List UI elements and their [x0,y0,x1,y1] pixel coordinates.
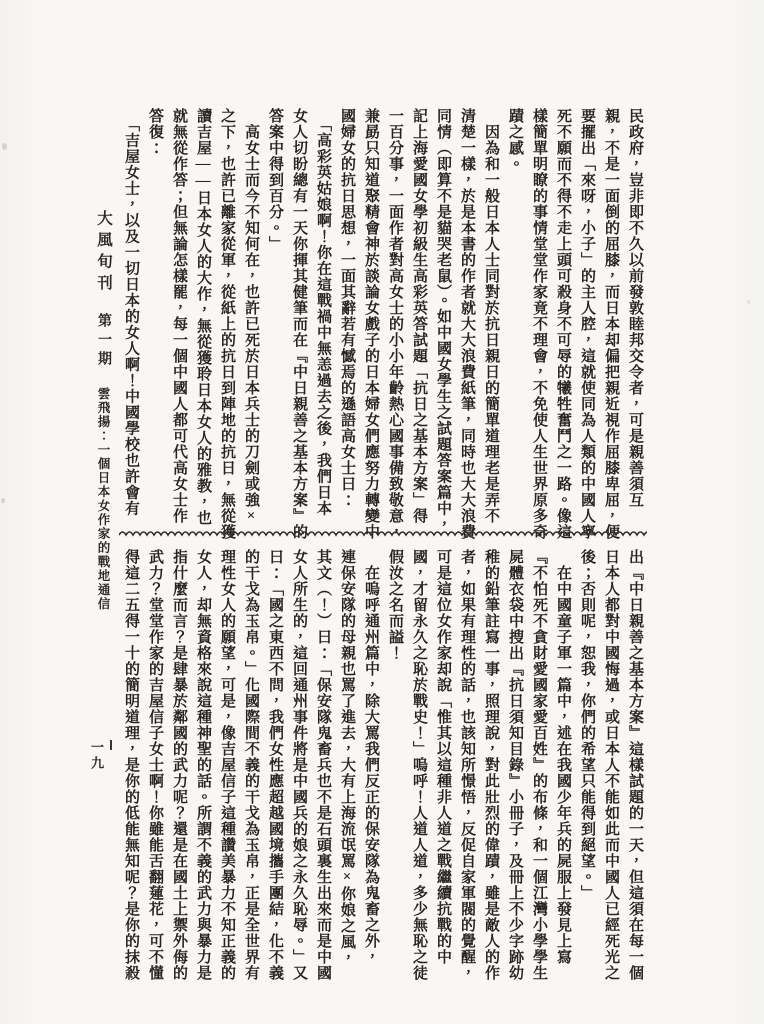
text-column: 女人切盼總有一天你揮其健筆而在『中日親善之基本方案』的 [287,108,311,544]
text-column: 蹟之感。 [503,108,527,544]
text-column: 兼勗只知道聚精會神於談論女戲子的日本婦女們應努力轉變中 [359,108,383,544]
text-column: 連保安隊的母親也罵了進去，大有上海流氓罵×你娘之風， [335,549,359,987]
text-column: 之下，也許已離家從軍，從紙上的抗日到陣地的抗日，無從獲 [215,108,239,544]
scan-speck [1,498,5,503]
journal-title: 大風旬刊 [95,210,112,296]
article-lower-section: 出『中日親善之基本方案』這樣試題的一天，但這須在每一個日本人都對中國悔過，或日本… [117,549,647,987]
text-column: 樣簡單明瞭的事情堂堂作家竟不理會，不免使人生世界原多奇 [527,108,551,544]
article-upper-section: 民政府，豈非即不久以前發敦睦邦交令者，可是親善須互親，不是一面倒的屈膝，而日本却… [117,108,647,544]
spine-caption: 大風旬刊 第一期 雲飛揚：一個日本女作家的戰地通信 [92,210,114,790]
issue-number: 第一期 [96,313,111,370]
text-column: 出『中日親善之基本方案』這樣試題的一天，但這須在每一個 [623,549,647,987]
scanned-page-background: 民政府，豈非即不久以前發敦睦邦交令者，可是親善須互親，不是一面倒的屈膝，而日本却… [0,0,764,1024]
text-column: 同情（即算不是貓哭老鼠）。如中國女學生之試題答案篇中， [431,108,455,544]
text-column: 稚的鉛筆註寫一事，照理說，對此壯烈的偉蹟，雖是敵人的作 [479,549,503,987]
text-column: 其文（！）曰：「保安隊鬼畜兵也不是石頭裏生出來而是中國 [311,549,335,987]
text-column: 清楚一樣，於是本書的作者就大大浪費紙筆，同時也大大浪費 [455,108,479,544]
text-column: 因為和一般日本人士同對於抗日親日的簡單道理老是弄不 [479,108,503,544]
text-column: 女人所生的，這回通州事件將是中國兵的娘之永久恥辱。」又 [287,549,311,987]
text-column: 可是這位女作家却說「惟其以這種非人道之戰繼續抗戰的中 [431,549,455,987]
text-column: 國婦女的抗日思想，一面其辭若有憾焉的遜語高女士曰： [335,108,359,544]
text-column: 假汝之名而謚！ [383,549,407,987]
text-column: 一百分事，一面作者對高女士的小小年齡熱心國事備致敬意， [383,108,407,544]
text-column: 者，如果有理性的話，也該知所憬悟，反促自家軍閥的覺醒， [455,549,479,987]
text-column: 記上海愛國女學初級生高彩英答試題「抗日之基本方案」得 [407,108,431,544]
text-column: 死不願而不得不走上頭可殺身不可辱的犧牲奮鬥之一路。像這 [551,108,575,544]
text-column: 民政府，豈非即不久以前發敦睦邦交令者，可是親善須互 [623,108,647,544]
wavy-divider [119,529,647,539]
text-column: 後；否則呢，恕我，你們的希望只能得到絕望。」 [575,549,599,987]
text-column: 「高彩英姑娘啊！你在這戰禍中無恙過去之後，我們日本 [311,108,335,544]
text-column: 日本人都對中國悔過，或日本人不能如此而中國人已經死光之 [599,549,623,987]
text-column: 武力？堂堂作家的吉屋信子女士啊！你雖能舌翻蓮花，可不懂 [143,549,167,987]
text-column: 的干戈為玉帛。」化國際間不義的干戈為玉帛，正是全世界有 [239,549,263,987]
text-column: 女人，却無資格來說這種神聖的話。所謂不義的武力與暴力是 [191,549,215,987]
text-column: 在中國童子軍一篇中，述在我國少年兵的屍服上發見上寫 [551,549,575,987]
text-column: 屍體衣袋中搜出『抗日須知目錄』小冊子，及冊上不少字跡幼 [503,549,527,987]
text-column: 國，才留永久之恥於戰史！」嗚呼！人道人道，多少無恥之徒 [407,549,431,987]
scan-speck [747,300,750,304]
text-column: 『不怕死不貪財愛國家愛百姓』的布條，和一個江灣小學學生 [527,549,551,987]
text-column: 讀吉屋——日本女人的大作，無從獲聆日本女人的雅教，也 [191,108,215,544]
text-column: 答案中得到百分。」 [263,108,287,544]
text-column: 得這二五得一十的簡明道理，是你的低能無知呢？是你的抹殺 [119,549,143,987]
text-column: 就無從作答；但無論怎樣罷，每一個中國人都可代高女士作 [167,108,191,544]
text-column: 答復： [143,108,167,544]
text-column: 親，不是一面倒的屈膝，而日本却偏把親近視作屈膝卑屈，便 [599,108,623,544]
text-column: 「吉屋女士，以及一切日本的女人啊！中國學校也許會有 [119,108,143,544]
text-column: 要擺出「來呀，小子」的主人腔，這就使同為人類的中國人寧 [575,108,599,544]
text-column: 指什麼而言？是肆暴於鄰國的武力呢？還是在國土上禦外侮的 [167,549,191,987]
text-column: 理性女人的願望，可是，像吉屋信子這種讚美暴力不知正義的 [215,549,239,987]
wavy-divider-path [119,532,647,535]
text-column: 曰：「國之東西不問，我們女性應超越國境攜手團結，化不義 [263,549,287,987]
page-number: 一九 [94,740,112,772]
scan-speck [2,143,7,150]
text-column: 在嗚呼通州篇中，除大罵我們反正的保安隊為鬼畜之外， [359,549,383,987]
text-column: 高女士而今不知何在，也許已死於日本兵士的刀劍或強× [239,108,263,544]
article-author-title: 雲飛揚：一個日本女作家的戰地通信 [96,387,110,611]
